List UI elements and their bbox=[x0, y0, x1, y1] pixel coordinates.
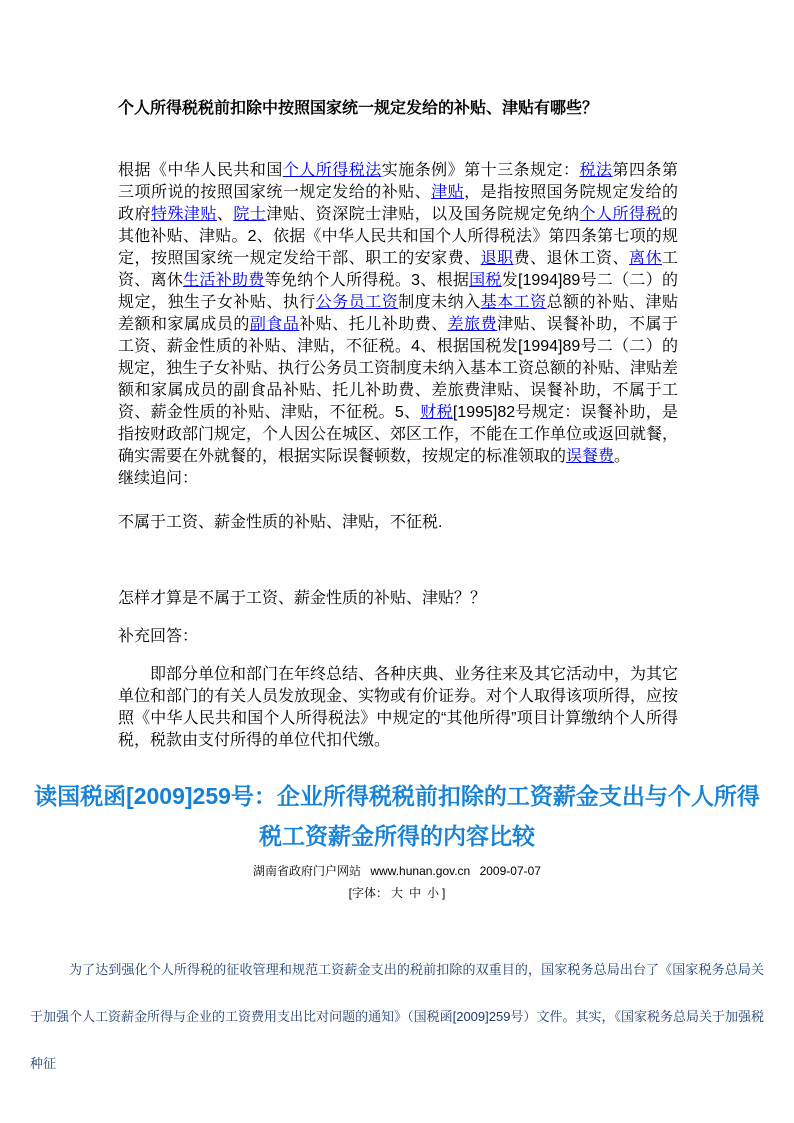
source-url: www.hunan.gov.cn bbox=[370, 864, 470, 878]
inline-link[interactable]: 津贴 bbox=[431, 184, 464, 201]
qa-section: 个人所得税税前扣除中按照国家统一规定发给的补贴、津贴有哪些？ 根据《中华人民共和… bbox=[118, 0, 678, 752]
inline-link[interactable]: 离休 bbox=[629, 250, 662, 267]
inline-link[interactable]: 院士 bbox=[233, 206, 266, 223]
article-section: 读国税函[2009]259号：企业所得税税前扣除的工资薪金支出与个人所得税工资薪… bbox=[0, 776, 794, 1087]
text-run: 制度未纳入 bbox=[398, 294, 480, 311]
article-source-line: 湖南省政府门户网站 www.hunan.gov.cn 2009-07-07 bbox=[0, 862, 794, 880]
text-run: 根据《中华人民共和国 bbox=[118, 162, 283, 179]
inline-link[interactable]: 基本工资 bbox=[481, 294, 547, 311]
text-run: 、 bbox=[217, 206, 233, 223]
inline-link[interactable]: 财税 bbox=[420, 404, 453, 421]
document-page: 个人所得税税前扣除中按照国家统一规定发给的补贴、津贴有哪些？ 根据《中华人民共和… bbox=[0, 0, 794, 1123]
text-run: 。 bbox=[614, 448, 630, 465]
article-paragraph: 为了达到强化个人所得税的征收管理和规范工资薪金支出的税前扣除的双重目的，国家税务… bbox=[30, 946, 764, 1087]
inline-link[interactable]: 公务员工资 bbox=[316, 294, 398, 311]
inline-link[interactable]: 差旅费 bbox=[448, 316, 497, 333]
font-controls-prefix: [字体： bbox=[349, 886, 388, 900]
inline-link[interactable]: 退职 bbox=[481, 250, 514, 267]
font-size-medium-button[interactable]: 中 bbox=[409, 886, 421, 900]
question-title: 个人所得税税前扣除中按照国家统一规定发给的补贴、津贴有哪些？ bbox=[118, 0, 678, 120]
inline-link[interactable]: 国税 bbox=[469, 272, 502, 289]
inline-link[interactable]: 特殊津贴 bbox=[151, 206, 217, 223]
inline-link[interactable]: 个人所得税 bbox=[580, 206, 662, 223]
followup-statement: 不属于工资、薪金性质的补贴、津贴，不征税. bbox=[118, 512, 678, 534]
article-heading: 读国税函[2009]259号：企业所得税税前扣除的工资薪金支出与个人所得税工资薪… bbox=[27, 776, 767, 856]
inline-link[interactable]: 税法 bbox=[580, 162, 613, 179]
inline-link[interactable]: 生活补助费 bbox=[183, 272, 264, 289]
second-question: 怎样才算是不属于工资、薪金性质的补贴、津贴？？ bbox=[118, 588, 678, 610]
text-run: 费、退休工资、 bbox=[514, 250, 629, 267]
source-date: 2009-07-07 bbox=[480, 864, 541, 878]
text-run: 津贴、资深院士津贴，以及国务院规定免纳 bbox=[266, 206, 579, 223]
inline-link[interactable]: 个人所得税法 bbox=[283, 162, 382, 179]
font-size-large-button[interactable]: 大 bbox=[391, 886, 403, 900]
font-controls-suffix: ] bbox=[442, 886, 445, 900]
text-run: 补贴、托儿补助费、 bbox=[299, 316, 447, 333]
font-size-small-button[interactable]: 小 bbox=[427, 886, 439, 900]
source-site: 湖南省政府门户网站 bbox=[253, 864, 361, 878]
text-run: 等免纳个人所得税。3、根据 bbox=[265, 272, 470, 289]
followup-label: 继续追问： bbox=[118, 468, 678, 490]
supplement-label: 补充回答： bbox=[118, 626, 678, 648]
text-run: 实施条例》第十三条规定： bbox=[382, 162, 580, 179]
supplement-paragraph: 即部分单位和部门在年终总结、各种庆典、业务往来及其它活动中，为其它单位和部门的有… bbox=[118, 664, 678, 752]
inline-link[interactable]: 副食品 bbox=[250, 316, 299, 333]
inline-link[interactable]: 误餐费 bbox=[566, 448, 614, 465]
font-size-controls: [字体：大中小] bbox=[0, 884, 794, 902]
answer-paragraph: 根据《中华人民共和国个人所得税法实施条例》第十三条规定：税法第四条第三项所说的按… bbox=[118, 160, 678, 468]
